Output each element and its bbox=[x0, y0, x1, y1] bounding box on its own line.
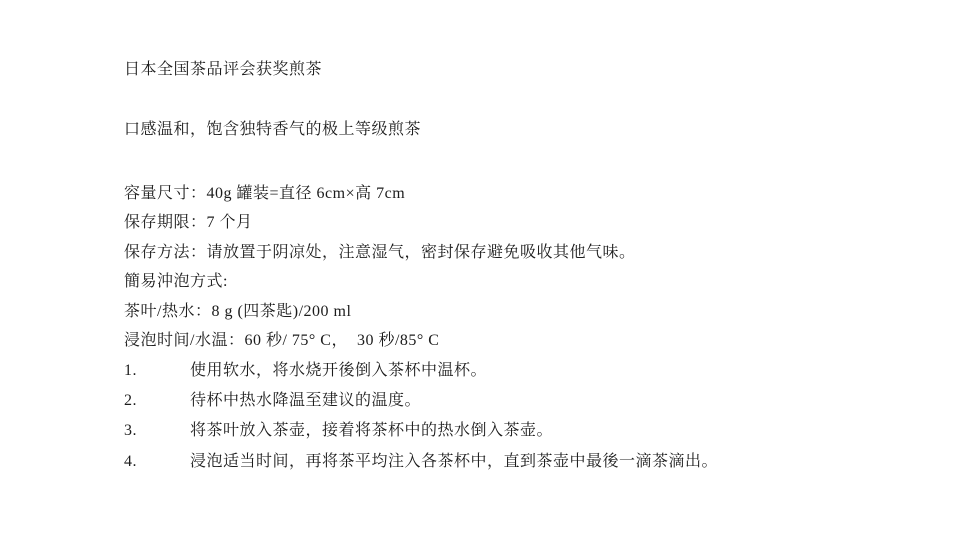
list-item: 2. 待杯中热水降温至建议的温度。 bbox=[124, 386, 718, 416]
step-text: 待杯中热水降温至建议的温度。 bbox=[190, 386, 718, 416]
list-item: 3. 将茶叶放入茶壶，接着将茶杯中的热水倒入茶壶。 bbox=[124, 416, 718, 446]
step-number: 4. bbox=[124, 447, 190, 477]
brewing-steps-list: 1. 使用软水，将水烧开後倒入茶杯中温杯。 2. 待杯中热水降温至建议的温度。 … bbox=[124, 356, 718, 477]
detail-brewing-heading: 簡易沖泡方式: bbox=[124, 267, 636, 296]
detail-shelf-life: 保存期限：7 个月 bbox=[124, 208, 636, 237]
detail-steep-time-temp: 浸泡时间/水温：60 秒/ 75° C， 30 秒/85° C bbox=[124, 326, 636, 355]
detail-capacity: 容量尺寸：40g 罐装=直径 6cm×高 7cm bbox=[124, 179, 636, 208]
step-text: 将茶叶放入茶壶，接着将茶杯中的热水倒入茶壶。 bbox=[190, 416, 718, 446]
product-title: 日本全国茶品评会获奖煎茶 bbox=[124, 60, 322, 80]
list-item: 1. 使用软水，将水烧开後倒入茶杯中温杯。 bbox=[124, 356, 718, 386]
step-number: 3. bbox=[124, 416, 190, 446]
product-details: 容量尺寸：40g 罐装=直径 6cm×高 7cm 保存期限：7 个月 保存方法：… bbox=[124, 179, 636, 355]
step-number: 1. bbox=[124, 356, 190, 386]
step-number: 2. bbox=[124, 386, 190, 416]
detail-tea-water-ratio: 茶叶/热水：8 g (四茶匙)/200 ml bbox=[124, 297, 636, 326]
document-page: 日本全国茶品评会获奖煎茶 口感温和，饱含独特香气的极上等级煎茶 容量尺寸：40g… bbox=[0, 0, 970, 547]
list-item: 4. 浸泡适当时间，再将茶平均注入各茶杯中，直到茶壶中最後一滴茶滴出。 bbox=[124, 447, 718, 477]
step-text: 浸泡适当时间，再将茶平均注入各茶杯中，直到茶壶中最後一滴茶滴出。 bbox=[190, 447, 718, 477]
detail-storage: 保存方法：请放置于阴凉处，注意湿气，密封保存避免吸收其他气味。 bbox=[124, 238, 636, 267]
product-subtitle: 口感温和，饱含独特香气的极上等级煎茶 bbox=[124, 120, 421, 140]
step-text: 使用软水，将水烧开後倒入茶杯中温杯。 bbox=[190, 356, 718, 386]
